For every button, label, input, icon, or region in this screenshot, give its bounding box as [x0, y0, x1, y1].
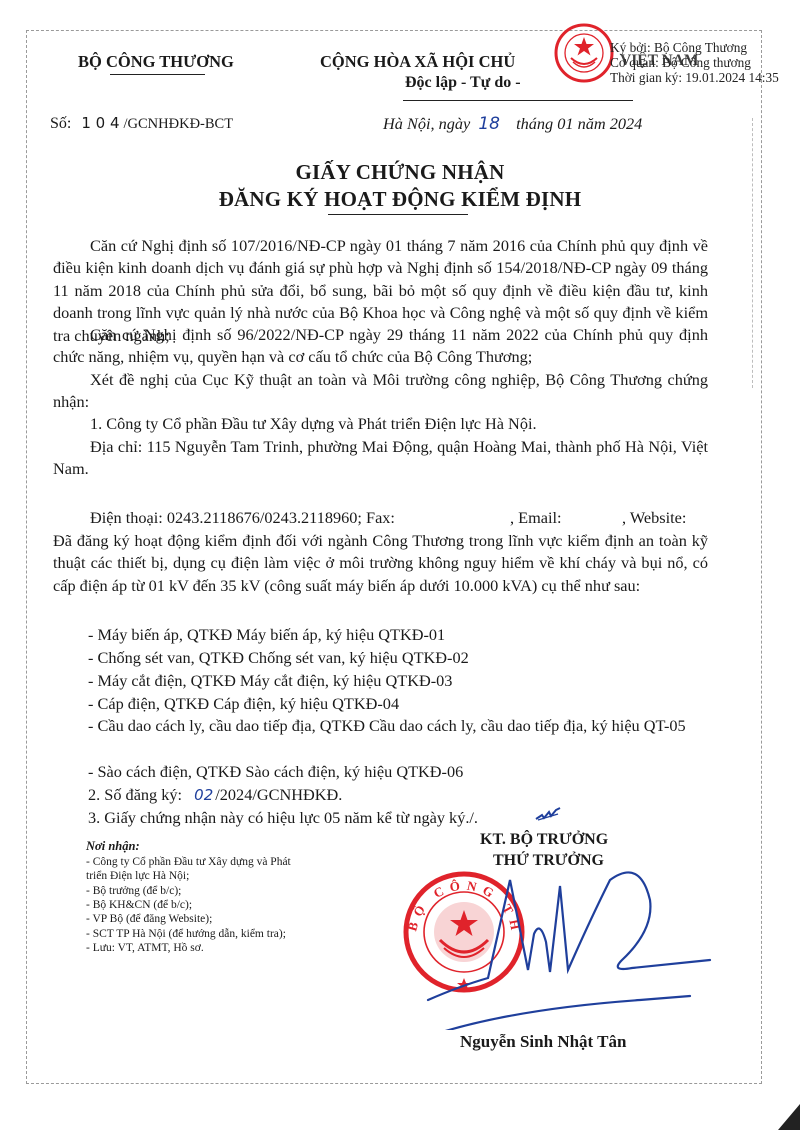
- recipient-item: - Bộ trưởng (để b/c);: [86, 884, 181, 898]
- equipment-item-3: - Máy cắt điện, QTKĐ Máy cắt điện, ký hi…: [88, 671, 452, 691]
- equipment-item-5: - Cầu dao cách ly, cầu dao tiếp địa, QTK…: [53, 715, 708, 737]
- signer-name: Nguyễn Sinh Nhật Tân: [460, 1032, 626, 1052]
- recipient-item: - SCT TP Hà Nội (để hướng dẫn, kiểm tra)…: [86, 927, 286, 941]
- recipient-item: triển Điện lực Hà Nội;: [86, 869, 189, 883]
- registration-number-label: 2. Số đăng ký:: [88, 785, 182, 804]
- republic-name: CỘNG HÒA XÃ HỘI CHỦ: [320, 52, 515, 72]
- contact-email: , Email:: [510, 508, 562, 528]
- equipment-item-1: - Máy biến áp, QTKĐ Máy biến áp, ký hiệu…: [88, 625, 445, 645]
- place-date: Hà Nội, ngày 18 tháng 01 năm 2024: [383, 114, 642, 134]
- company-address: Địa chỉ: 115 Nguyễn Tam Trinh, phường Ma…: [53, 436, 708, 481]
- ministry-seal-icon: BỘ CÔNG THƯƠNG: [400, 860, 524, 991]
- recipient-item: - Lưu: VT, ATMT, Hồ sơ.: [86, 941, 204, 955]
- recipient-item: - Công ty Cổ phần Đầu tư Xây dựng và Phá…: [86, 855, 291, 869]
- place-date-suffix: tháng 01 năm 2024: [516, 114, 642, 133]
- equipment-item-2: - Chống sét van, QTKĐ Chống sét van, ký …: [88, 648, 469, 668]
- doc-number-row: Số: 1 0 4 /GCNHĐKĐ-BCT: [50, 114, 233, 133]
- official-seal-and-signature: BỘ CÔNG THƯƠNG: [400, 860, 730, 1030]
- signer-role-1: KT. BỘ TRƯỞNG: [480, 831, 608, 849]
- contact-phone: Điện thoại: 0243.2118676/0243.2118960; F…: [90, 508, 395, 528]
- ministry-name: BỘ CÔNG THƯƠNG: [78, 52, 234, 72]
- registration-number: 2. Số đăng ký: 02/2024/GCNHĐKĐ.: [88, 785, 342, 805]
- company-name: 1. Công ty Cổ phần Đầu tư Xây dựng và Ph…: [90, 414, 537, 434]
- recipients-title: Nơi nhận:: [86, 839, 140, 854]
- motto-underline: [403, 100, 633, 101]
- recipient-item: - VP Bộ (để đăng Website);: [86, 912, 212, 926]
- motto: Độc lập - Tự do -: [405, 74, 521, 92]
- title-underline: [328, 214, 468, 215]
- registration-number-handwritten: 02: [194, 786, 213, 804]
- registration-number-suffix: /2024/GCNHĐKĐ.: [215, 785, 342, 804]
- republic-name-overlap: VIỆT NAM: [620, 52, 699, 70]
- equipment-item-6: - Sào cách điện, QTKĐ Sào cách điện, ký …: [88, 762, 463, 782]
- equipment-item-4: - Cáp điện, QTKĐ Cáp điện, ký hiệu QTKĐ-…: [88, 694, 399, 714]
- scan-corner-artifact: [778, 1104, 800, 1130]
- place-date-prefix: Hà Nội, ngày: [383, 114, 470, 133]
- recipient-item: - Bộ KH&CN (để b/c);: [86, 898, 192, 912]
- initials-scribble-icon: [534, 806, 562, 822]
- digital-seal-icon: [553, 22, 615, 84]
- validity-period: 3. Giấy chứng nhận này có hiệu lực 05 nă…: [88, 808, 478, 828]
- proposal: Xét đề nghị của Cục Kỹ thuật an toàn và …: [53, 369, 708, 414]
- doc-number-label: Số:: [50, 115, 71, 132]
- contact-website: , Website:: [622, 508, 686, 528]
- scan-artifact-line: [752, 118, 753, 388]
- legal-basis-2: Căn cứ Nghị định số 96/2022/NĐ-CP ngày 2…: [53, 324, 708, 369]
- doc-number: 1 0 4: [81, 114, 119, 132]
- title-line1: GIẤY CHỨNG NHẬN: [0, 160, 800, 185]
- title-line2: ĐĂNG KÝ HOẠT ĐỘNG KIỂM ĐỊNH: [0, 187, 800, 212]
- ministry-underline: [110, 74, 205, 75]
- registration-scope: Đã đăng ký hoạt động kiểm định đối với n…: [53, 530, 708, 597]
- doc-number-suffix: /GCNHĐKĐ-BCT: [124, 116, 234, 132]
- day-handwritten: 18: [478, 114, 500, 134]
- digital-signature-time: Thời gian ký: 19.01.2024 14:35: [610, 70, 779, 85]
